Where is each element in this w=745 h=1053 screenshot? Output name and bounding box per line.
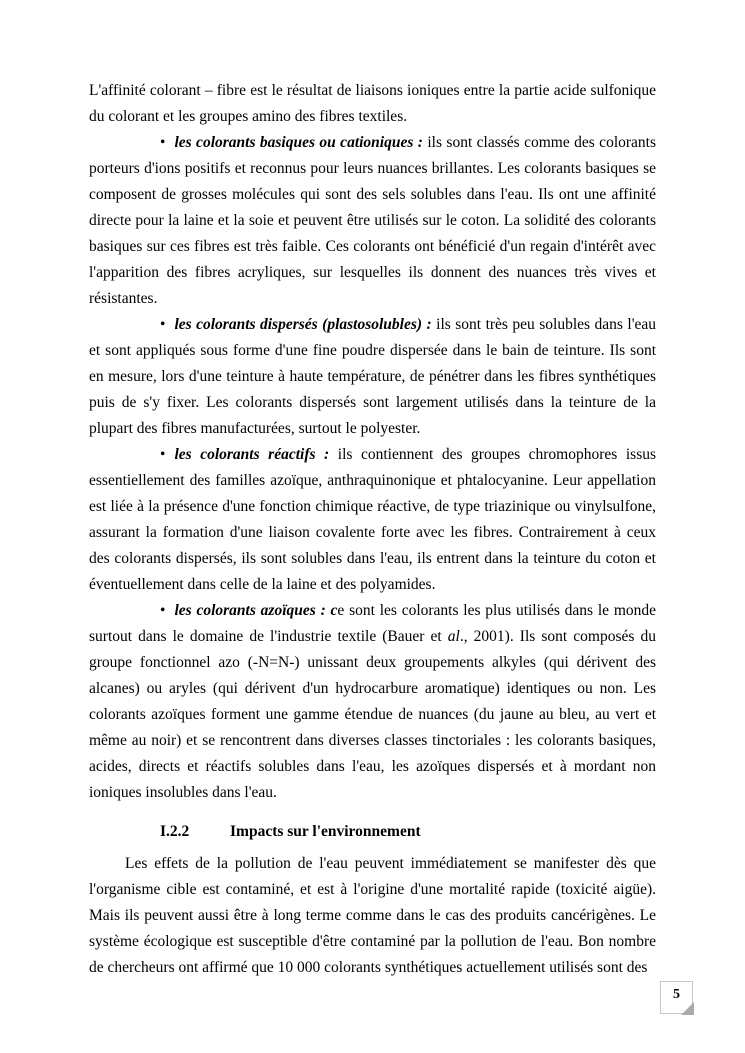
section-number: I.2.2	[160, 819, 230, 845]
bullet-lead-basiques: les colorants basiques ou cationiques :	[174, 134, 423, 151]
bullet-body-reactifs: ils contiennent des groupes chromophores…	[89, 446, 656, 593]
page-number-badge: 5	[660, 981, 693, 1014]
bullet-body-disperses: ils sont très peu solubles dans l'eau et…	[89, 316, 656, 437]
citation-al-italic: al	[448, 628, 460, 645]
bullet-item-reactifs: •les colorants réactifs : ils contiennen…	[89, 442, 656, 598]
bullet-icon: •	[160, 134, 165, 151]
paragraph-intro: L'affinité colorant – fibre est le résul…	[89, 78, 656, 130]
bullet-icon: •	[160, 316, 165, 333]
paragraph-impacts: Les effets de la pollution de l'eau peuv…	[89, 851, 656, 981]
bullet-icon: •	[160, 602, 165, 619]
section-title: Impacts sur l'environnement	[230, 823, 421, 840]
document-page: L'affinité colorant – fibre est le résul…	[0, 0, 745, 1053]
paragraph-intro-text: L'affinité colorant – fibre est le résul…	[89, 82, 656, 125]
bullet-lead-azoiques: les colorants azoïques : c	[174, 602, 337, 619]
section-heading: I.2.2Impacts sur l'environnement	[89, 819, 656, 845]
bullet-icon: •	[160, 446, 165, 463]
paragraph-impacts-text: Les effets de la pollution de l'eau peuv…	[89, 855, 656, 976]
bullet-lead-reactifs: les colorants réactifs :	[174, 446, 329, 463]
page-fold-icon	[681, 1002, 694, 1015]
bullet-item-basiques: •les colorants basiques ou cationiques :…	[89, 130, 656, 312]
bullet-body-basiques: ils sont classés comme des colorants por…	[89, 134, 656, 307]
bullet-item-azoiques: •les colorants azoïques : ce sont les co…	[89, 598, 656, 806]
bullet-item-disperses: •les colorants dispersés (plastosolubles…	[89, 312, 656, 442]
bullet-body-azoiques-2: ., 2001). Ils sont composés du groupe fo…	[89, 628, 656, 801]
bullet-lead-disperses: les colorants dispersés (plastosolubles)…	[174, 316, 431, 333]
